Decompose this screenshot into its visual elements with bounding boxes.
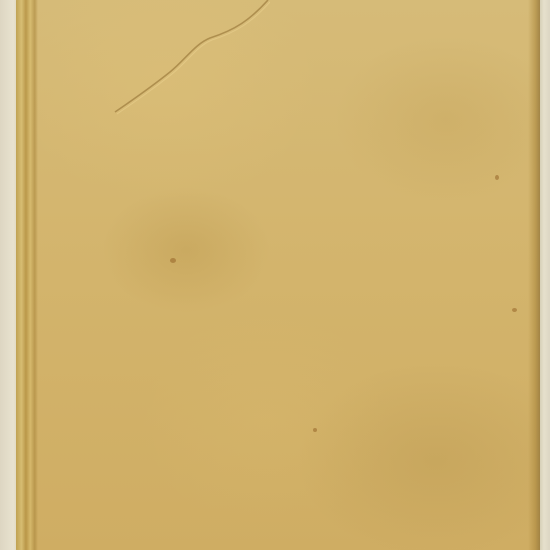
stain-spot [313, 428, 317, 432]
diagonal-crease [110, 0, 270, 115]
spine-fold [16, 0, 38, 550]
cover-right-edge [528, 0, 540, 550]
stain-spot [512, 308, 517, 312]
vellum-cover [16, 0, 540, 550]
stain-spot [495, 175, 499, 180]
stain-spot [170, 258, 176, 263]
